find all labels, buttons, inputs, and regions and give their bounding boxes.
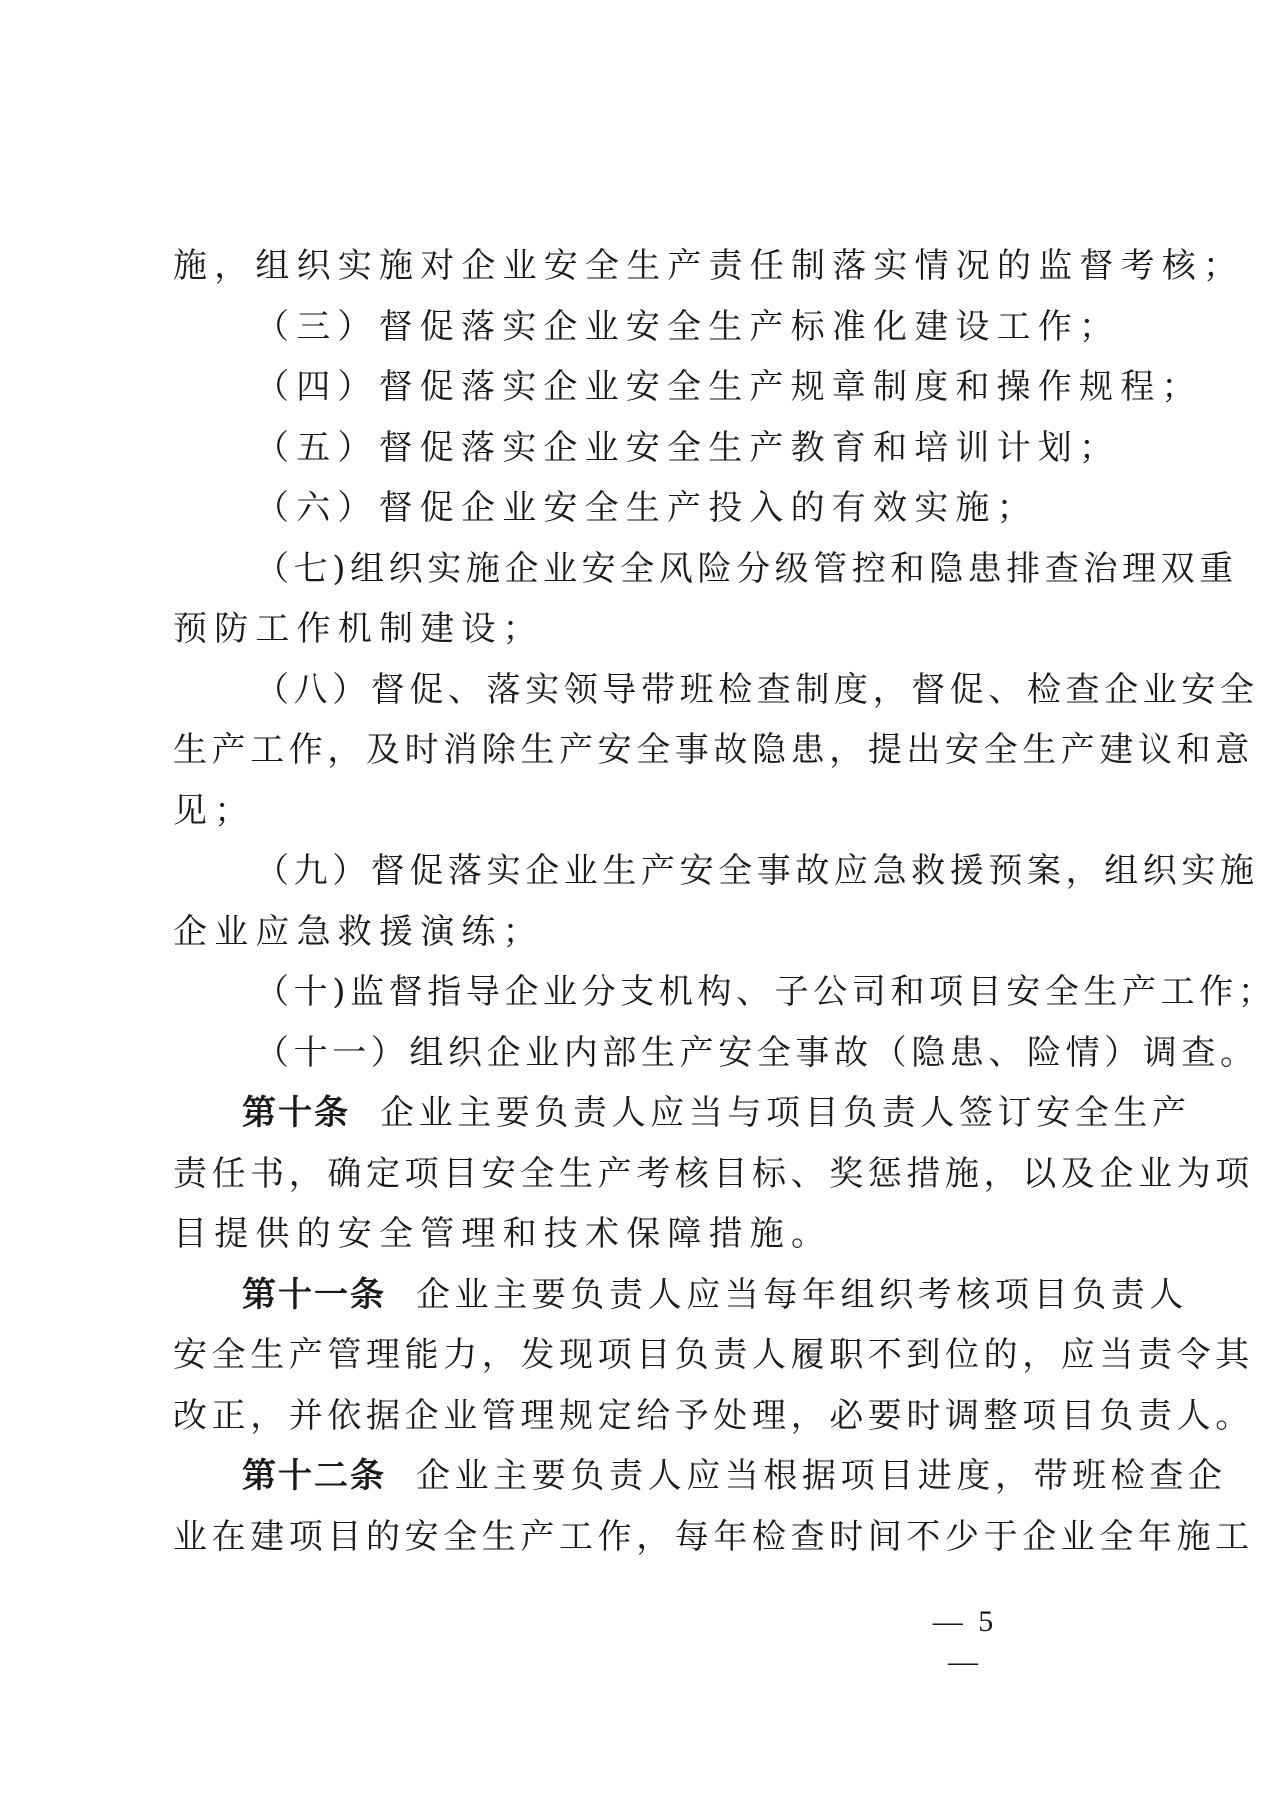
text-line: 预防工作机制建设； — [173, 599, 1003, 660]
list-item-3: （三）督促落实企业安全生产标准化建设工作； — [173, 297, 1003, 358]
article-12: 第十二条企业主要负责人应当根据项目进度，带班检查企 — [173, 1446, 1003, 1507]
text-line: 企业应急救援演练； — [173, 902, 1003, 963]
text-line: 目提供的安全管理和技术保障措施。 — [173, 1204, 1003, 1265]
document-page: 施，组织实施对企业安全生产责任制落实情况的监督考核； （三）督促落实企业安全生产… — [0, 0, 1280, 1810]
article-number: 第十二条 — [242, 1456, 386, 1496]
list-item-10: （十)监督指导企业分支机构、子公司和项目安全生产工作； — [173, 962, 1003, 1023]
article-10: 第十条企业主要负责人应当与项目负责人签订安全生产 — [173, 1083, 1003, 1144]
text-line: 见； — [173, 781, 1003, 842]
list-item-5: （五）督促落实企业安全生产教育和培训计划； — [173, 418, 1003, 479]
list-item-7: （七)组织实施企业安全风险分级管控和隐患排查治理双重 — [173, 539, 1003, 600]
list-item-9: （九）督促落实企业生产安全事故应急救援预案，组织实施 — [173, 841, 1003, 902]
article-11: 第十一条企业主要负责人应当每年组织考核项目负责人 — [173, 1265, 1003, 1326]
list-item-4: （四）督促落实企业安全生产规章制度和操作规程； — [173, 357, 1003, 418]
list-item-11: （十一）组织企业内部生产安全事故（隐患、险情）调查。 — [173, 1023, 1003, 1084]
document-body: 施，组织实施对企业安全生产责任制落实情况的监督考核； （三）督促落实企业安全生产… — [173, 236, 1003, 1567]
list-item-8: （八）督促、落实领导带班检查制度，督促、检查企业安全 — [173, 660, 1003, 721]
article-number: 第十一条 — [242, 1275, 386, 1315]
text-line: 改正，并依据企业管理规定给予处理，必要时调整项目负责人。 — [173, 1386, 1003, 1447]
article-text: 企业主要负责人应当与项目负责人签订安全生产 — [380, 1093, 1191, 1133]
list-item-6: （六）督促企业安全生产投入的有效实施； — [173, 478, 1003, 539]
text-line: 安全生产管理能力，发现项目负责人履职不到位的，应当责令其 — [173, 1325, 1003, 1386]
page-number: — 5 — — [920, 1602, 1010, 1682]
text-line: 业在建项目的安全生产工作，每年检查时间不少于企业全年施工 — [173, 1507, 1003, 1568]
article-text: 企业主要负责人应当每年组织考核项目负责人 — [416, 1275, 1188, 1315]
text-line: 责任书，确定项目安全生产考核目标、奖惩措施，以及企业为项 — [173, 1144, 1003, 1205]
article-text: 企业主要负责人应当根据项目进度，带班检查企 — [416, 1456, 1227, 1496]
text-line: 施，组织实施对企业安全生产责任制落实情况的监督考核； — [173, 236, 1003, 297]
article-number: 第十条 — [242, 1093, 350, 1133]
text-line: 生产工作，及时消除生产安全事故隐患，提出安全生产建议和意 — [173, 720, 1003, 781]
